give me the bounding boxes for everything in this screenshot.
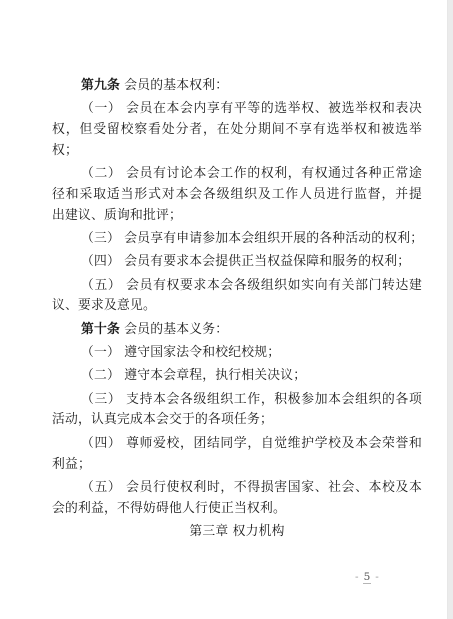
article-10-item-1-line-1: （一） 遵守国家法令和校纪校规； xyxy=(52,343,422,364)
article-9-heading: 第九条 会员的基本权利： xyxy=(52,76,422,97)
text-segment: （三） 会员享有申请参加本会组织开展的各种活动的权利； xyxy=(81,231,423,246)
page-number: -5- xyxy=(355,570,379,584)
text-segment: （五） 会员行使权利时，不得损害国家、社会、本校及本 xyxy=(81,480,422,495)
article-10-item-4-line-1: （四） 尊师爱校，团结同学，自觉维护学校及本会荣誉和 xyxy=(52,434,422,455)
text-segment: 权； xyxy=(52,143,78,158)
article-9-item-1-line-1: （一） 会员在本会内享有平等的选举权、被选举权和表决 xyxy=(52,99,422,120)
article-9-item-5-line-2: 议、要求及意见。 xyxy=(52,296,422,317)
document-page: 第九条 会员的基本权利：（一） 会员在本会内享有平等的选举权、被选举权和表决权，… xyxy=(0,0,453,619)
article-9-item-1-line-2: 权，但受留校察看处分者，在处分期间不享有选举权和被选举 xyxy=(52,120,422,141)
article-9-item-4: （四） 会员有要求本会提供正当权益保障和服务的权利； xyxy=(52,252,422,273)
text-segment: 第三章 权力机构 xyxy=(189,524,284,539)
article-9-item-5: （五） 会员有权要求本会各级组织如实向有关部门转达建议、要求及意见。 xyxy=(52,276,422,318)
article-9-item-3: （三） 会员享有申请参加本会组织开展的各种活动的权利； xyxy=(52,229,422,250)
text-segment: 议、要求及意见。 xyxy=(52,298,156,313)
article-9-item-5-line-1: （五） 会员有权要求本会各级组织如实向有关部门转达建 xyxy=(52,276,422,297)
article-10-heading-line-1: 第十条 会员的基本义务： xyxy=(52,320,422,341)
article-9-item-2-line-3: 出建议、质询和批评； xyxy=(52,206,422,227)
article-9-item-1: （一） 会员在本会内享有平等的选举权、被选举权和表决权，但受留校察看处分者，在处… xyxy=(52,99,422,161)
text-segment: 径和采取适当形式对本会各级组织及工作人员进行监督，并提 xyxy=(52,187,422,202)
article-10-item-5-line-1: （五） 会员行使权利时，不得损害国家、社会、本校及本 xyxy=(52,478,422,499)
text-segment: 会的利益，不得妨碍他人行使正当权利。 xyxy=(52,501,286,516)
article-10-item-1: （一） 遵守国家法令和校纪校规； xyxy=(52,343,422,364)
text-segment: （五） 会员有权要求本会各级组织如实向有关部门转达建 xyxy=(81,278,422,293)
article-number-bold: 第十条 xyxy=(81,322,120,337)
article-9-item-1-line-3: 权； xyxy=(52,141,422,162)
text-segment: （四） 尊师爱校，团结同学，自觉维护学校及本会荣誉和 xyxy=(81,436,422,451)
page-number-prefix-dash: - xyxy=(355,571,359,583)
chapter-3-heading-line-1: 第三章 权力机构 xyxy=(52,522,422,543)
article-10-item-3-line-1: （三） 支持本会各级组织工作，积极参加本会组织的各项 xyxy=(52,390,422,411)
article-10-item-3: （三） 支持本会各级组织工作，积极参加本会组织的各项活动，认真完成本会交于的各项… xyxy=(52,390,422,432)
article-9-item-3-line-1: （三） 会员享有申请参加本会组织开展的各种活动的权利； xyxy=(52,229,422,250)
page-number-value: 5 xyxy=(363,571,372,584)
article-10-item-4: （四） 尊师爱校，团结同学，自觉维护学校及本会荣誉和利益； xyxy=(52,434,422,476)
text-segment: 会员的基本权利： xyxy=(120,78,228,93)
document-body: 第九条 会员的基本权利：（一） 会员在本会内享有平等的选举权、被选举权和表决权，… xyxy=(52,76,422,545)
article-9-heading-line-1: 第九条 会员的基本权利： xyxy=(52,76,422,97)
text-segment: （一） 遵守国家法令和校纪校规； xyxy=(81,345,280,360)
article-10-item-5: （五） 会员行使权利时，不得损害国家、社会、本校及本会的利益，不得妨碍他人行使正… xyxy=(52,478,422,520)
page-edge-strip xyxy=(447,0,453,619)
text-segment: 活动，认真完成本会交于的各项任务； xyxy=(52,412,273,427)
article-9-item-2-line-1: （二） 会员有讨论本会工作的权利，有权通过各种正常途 xyxy=(52,164,422,185)
article-10-heading: 第十条 会员的基本义务： xyxy=(52,320,422,341)
text-segment: （二） 遵守本会章程，执行相关决议； xyxy=(81,368,306,383)
article-10-item-2-line-1: （二） 遵守本会章程，执行相关决议； xyxy=(52,366,422,387)
article-9-item-2: （二） 会员有讨论本会工作的权利，有权通过各种正常途径和采取适当形式对本会各级组… xyxy=(52,164,422,226)
article-10-item-3-line-2: 活动，认真完成本会交于的各项任务； xyxy=(52,410,422,431)
text-segment: 利益； xyxy=(52,457,91,472)
article-9-item-4-line-1: （四） 会员有要求本会提供正当权益保障和服务的权利； xyxy=(52,252,422,273)
text-segment: （三） 支持本会各级组织工作，积极参加本会组织的各项 xyxy=(81,392,422,407)
text-segment: 权，但受留校察看处分者，在处分期间不享有选举权和被选举 xyxy=(52,122,422,137)
article-10-item-4-line-2: 利益； xyxy=(52,455,422,476)
article-9-item-2-line-2: 径和采取适当形式对本会各级组织及工作人员进行监督，并提 xyxy=(52,185,422,206)
page-number-suffix-dash: - xyxy=(375,571,379,583)
article-number-bold: 第九条 xyxy=(81,78,120,93)
chapter-3-heading: 第三章 权力机构 xyxy=(52,522,422,543)
text-segment: （二） 会员有讨论本会工作的权利，有权通过各种正常途 xyxy=(81,166,422,181)
text-segment: （一） 会员在本会内享有平等的选举权、被选举权和表决 xyxy=(81,101,422,116)
article-10-item-5-line-2: 会的利益，不得妨碍他人行使正当权利。 xyxy=(52,499,422,520)
text-segment: 出建议、质询和批评； xyxy=(52,208,182,223)
article-10-item-2: （二） 遵守本会章程，执行相关决议； xyxy=(52,366,422,387)
text-segment: 会员的基本义务： xyxy=(120,322,228,337)
text-segment: （四） 会员有要求本会提供正当权益保障和服务的权利； xyxy=(81,254,410,269)
